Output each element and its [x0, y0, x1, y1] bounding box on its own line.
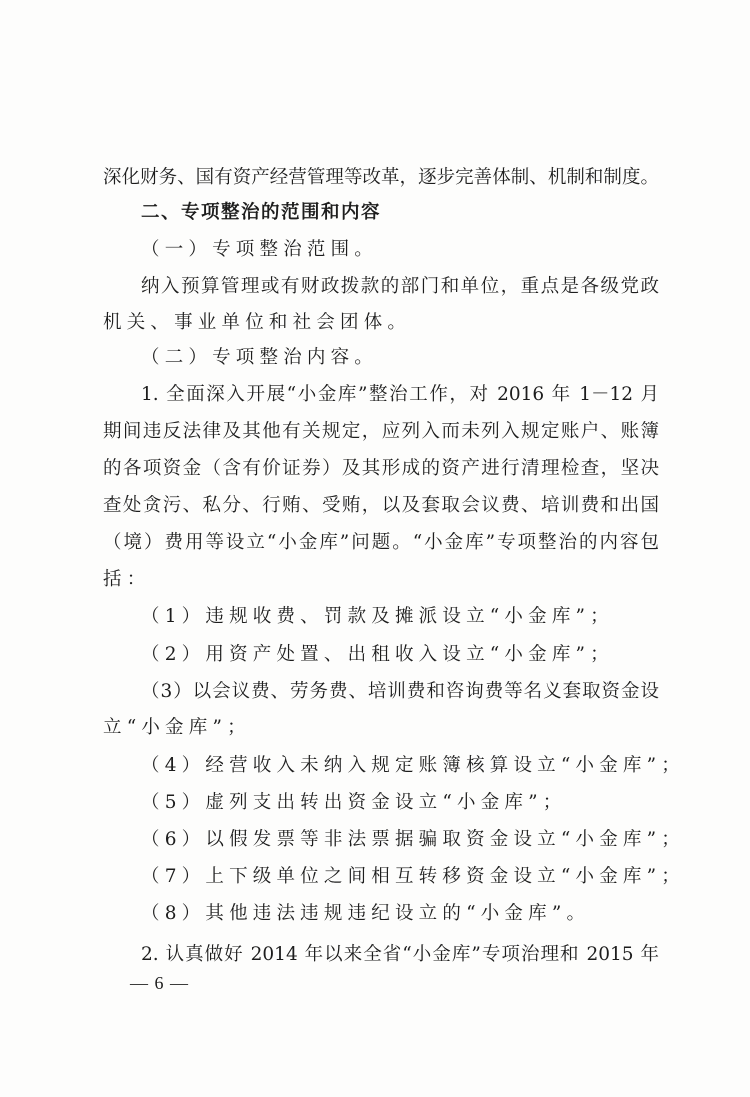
- item-1-line-5: （境）费用等设立“小金库”问题。“小金库”专项整治的内容包: [103, 531, 659, 555]
- section-heading: 二、专项整治的范围和内容: [141, 201, 659, 225]
- document-page: 深化财务、国有资产经营管理等改革，逐步完善体制、机制和制度。 二、专项整治的范围…: [0, 0, 750, 1097]
- list-item-2: （2）用资产处置、出租收入设立“小金库”；: [141, 643, 659, 667]
- list-item-7: （7）上下级单位之间相互转移资金设立“小金库”；: [141, 865, 659, 889]
- subsection-heading-scope: （一）专项整治范围。: [141, 238, 659, 262]
- list-item-1: （1）违规收费、罚款及摊派设立“小金库”；: [141, 605, 659, 629]
- item-1-line-3: 的各项资金（含有价证券）及其形成的资产进行清理检查，坚决: [103, 457, 659, 481]
- list-item-6: （6）以假发票等非法票据骗取资金设立“小金库”；: [141, 828, 659, 852]
- list-item-5: （5）虚列支出转出资金设立“小金库”；: [141, 791, 659, 815]
- item-1-line-1: 1. 全面深入开展“小金库”整治工作，对 2016 年 1－12 月: [141, 383, 659, 407]
- item-1-line-2: 期间违反法律及其他有关规定，应列入而未列入规定账户、账簿: [103, 420, 659, 444]
- page-number: — 6 —: [130, 971, 189, 995]
- item-1-line-6: 括：: [103, 568, 659, 592]
- list-item-4: （4）经营收入未纳入规定账簿核算设立“小金库”；: [141, 754, 659, 778]
- list-item-3-line-1: （3）以会议费、劳务费、培训费和咨询费等名义套取资金设: [141, 680, 659, 704]
- paragraph-continuation: 深化财务、国有资产经营管理等改革，逐步完善体制、机制和制度。: [103, 166, 659, 190]
- item-2-line-1: 2. 认真做好 2014 年以来全省“小金库”专项治理和 2015 年: [141, 943, 659, 967]
- list-item-8: （8）其他违法违规违纪设立的“小金库”。: [141, 902, 659, 926]
- scope-paragraph-line-2: 机关、事业单位和社会团体。: [103, 311, 659, 335]
- subsection-heading-content: （二）专项整治内容。: [141, 346, 659, 370]
- item-1-line-4: 查处贪污、私分、行贿、受贿，以及套取会议费、培训费和出国: [103, 494, 659, 518]
- list-item-3-line-2: 立“小金库”；: [103, 716, 659, 740]
- scope-paragraph-line-1: 纳入预算管理或有财政拨款的部门和单位，重点是各级党政: [141, 275, 659, 299]
